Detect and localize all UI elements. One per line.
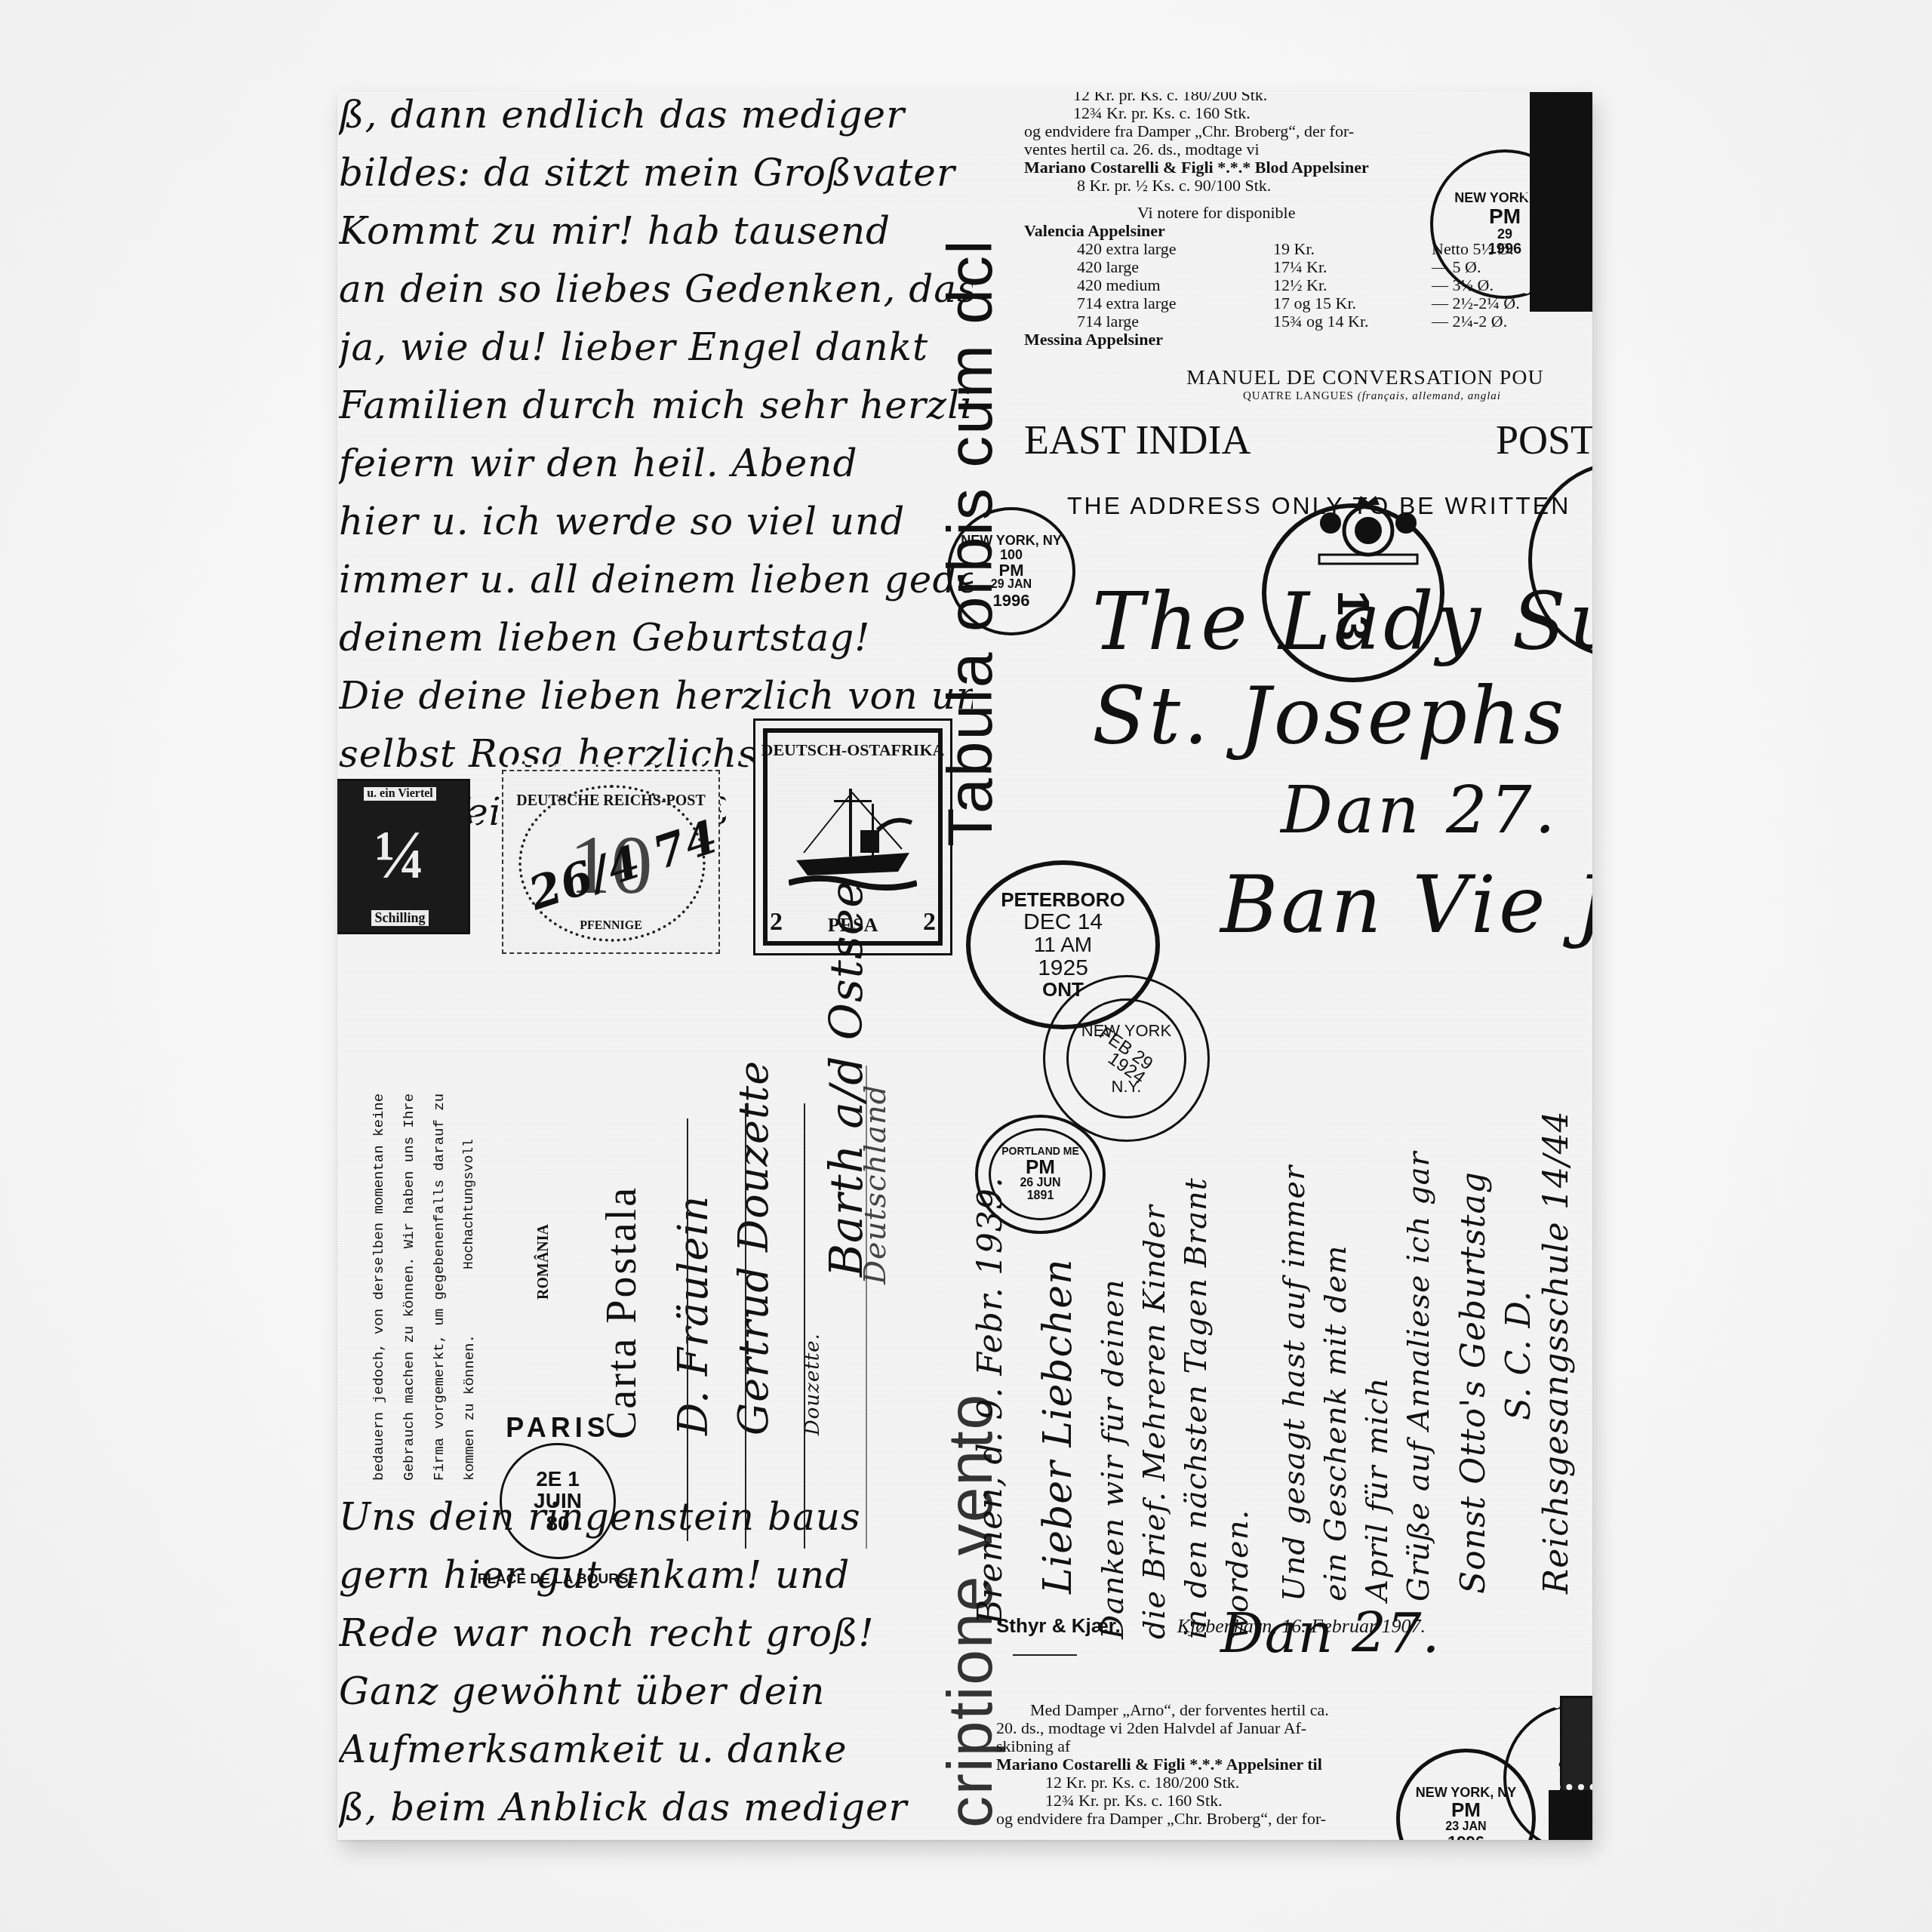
handwriting-line: Grüße auf Annaliese ich gar: [1401, 1151, 1436, 1601]
company-name: Sthyr & Kjær.: [996, 1617, 1121, 1635]
handwriting-line: gern hier gut ankam! und: [339, 1546, 973, 1604]
handwriting-line: Bremen, d. 9. Febr. 1939.: [971, 1177, 1010, 1624]
postcard-addressee-line: Gertrud Douzette: [730, 1060, 777, 1435]
postmark-portland-me-1891: PORTLAND ME PM 26 JUN 1891: [975, 1115, 1106, 1234]
handwriting-line: Rede war noch recht groß!: [339, 1604, 973, 1663]
typewritten-line: Gebrauch machen zu können. Wir haben uns…: [394, 1028, 424, 1481]
handwriting-line: Reichsgesangsschule 14/44: [1537, 1110, 1576, 1594]
handwriting-line: Dan 27.: [1092, 764, 1592, 858]
east-india-heading-left: EAST INDIA: [1024, 417, 1251, 463]
text-line: 12¾ Kr. pr. Ks. c. 160 Stk.: [1024, 104, 1590, 122]
handwriting-line: Ganz gewöhnt über dein: [339, 1663, 973, 1721]
handwriting-line: Die deine lieben herzlich von uns: [339, 667, 973, 725]
handwriting-line: Sonst Otto's Geburtstag: [1454, 1171, 1493, 1594]
postcard-addressee-line: Deutschland: [858, 1084, 893, 1284]
handwriting-line: deinem lieben Geburtstag!: [339, 609, 973, 667]
handwriting-line: Und gesagt hast auf immer: [1277, 1165, 1312, 1601]
handwriting-line: immer u. all deinem lieben gedenken: [339, 551, 973, 609]
text-line: skibning af: [996, 1737, 1585, 1755]
postmark-paris-1880: PARIS 2E 1 JUIN 80 PLACE DE LA BOURSE: [500, 1443, 616, 1559]
printed-fabric: ß, dann endlich das mediger bildes: da s…: [337, 92, 1592, 1840]
handwriting-line: hier u. ich werde so viel und: [339, 493, 973, 551]
stamp-hamburg: u. ein Viertel ¼ Schilling: [337, 779, 470, 934]
postmark-new-york-feb-1924: NEW YORK FEB 29 1924 N.Y.: [1043, 975, 1210, 1142]
text-line: og endvidere fra Damper „Chr. Broberg“, …: [1024, 122, 1590, 140]
postcard-addressee-line: D. Fräulein: [669, 1195, 717, 1435]
price-row: 714 large15¾ og 14 Kr.— 2¼-2 Ø.: [1077, 312, 1590, 331]
handwriting-line: Familien durch mich sehr herzlich!: [339, 377, 973, 435]
manuel-subtitle: QUATRE LANGUES (français, allemand, angl…: [1186, 390, 1544, 403]
typewritten-line: bedauern jedoch, von derselben momentan …: [364, 1028, 394, 1481]
text-line: 20. ds., modtage vi 2den Halvdel af Janu…: [996, 1719, 1585, 1737]
text-line: Med Damper „Arno“, der forventes hertil …: [996, 1701, 1585, 1719]
handwriting-line: St. Josephs Co: [1092, 669, 1592, 764]
postmark-new-york-jan-1996-top: NEW YORK, NY 100 PM 29 JAN 1996: [947, 507, 1075, 635]
handwriting-line: ja, wie du! lieber Engel dankt: [339, 318, 973, 377]
typewritten-line: Firma vorgemerkt, um gegebenenfalls dara…: [424, 1028, 454, 1481]
stamp-value-right: 2: [923, 908, 936, 937]
handwritten-letter-german-bottom: Uns dein ringenstein baus gern hier gut …: [339, 1488, 973, 1837]
royal-coat-of-arms-icon: [1312, 493, 1425, 568]
stamp-text: u. ein Viertel: [364, 787, 436, 801]
handwriting-line: Ban Vie J: [1092, 858, 1592, 952]
handwriting-line: ß, beim Anblick das mediger: [339, 1779, 973, 1837]
stamp-partial-top-right: [1530, 92, 1592, 312]
handwriting-line: ß, dann endlich das mediger: [339, 92, 973, 144]
handwriting-line: die Brief. Mehreren Kinder: [1137, 1204, 1172, 1639]
handwriting-line: Kommt zu mir! hab tausend: [339, 202, 973, 260]
dateline: Kjøbenhavn, 16. Februar 1907.: [1177, 1617, 1426, 1635]
handwriting-line: Uns dein ringenstein baus: [339, 1488, 973, 1546]
handwriting-line: S. C. D.: [1500, 1291, 1538, 1420]
handwriting-line: in den nächsten Tagen Brant: [1179, 1177, 1214, 1639]
handwriting-line: ein Geschenk mit dem: [1318, 1245, 1353, 1601]
handwriting-line: Danken wir für deinen: [1096, 1278, 1131, 1639]
stamp-value-left: 2: [770, 908, 783, 937]
typewritten-letter: bedauern jedoch, von derselben momentan …: [337, 1481, 345, 1488]
stamp-partial-bottom-right-lower: [1549, 1790, 1592, 1840]
handwriting-line: April für mich: [1360, 1377, 1395, 1601]
handwriting-line: feiern wir den heil. Abend: [339, 435, 973, 493]
stamp-text: Schilling: [371, 910, 428, 926]
postcard-title: Carta Postala: [598, 1186, 646, 1439]
postmark-royal-crest-cancel: 13: [1262, 503, 1444, 682]
stamp-partial-bottom-right: [1560, 1696, 1592, 1802]
letter-closing: Hochachtungsvoll: [462, 1139, 477, 1269]
section-heading: Messina Appelsiner: [1024, 331, 1590, 349]
stamp-text: DEUTSCH-OSTAFRIKA: [761, 740, 945, 760]
manuel-title: MANUEL DE CONVERSATION POU: [1186, 366, 1544, 390]
handwritten-letter-vertical-right: Bremen, d. 9. Febr. 1939. Lieber Liebche…: [337, 92, 345, 100]
manuel-de-conversation: MANUEL DE CONVERSATION POU QUATRE LANGUE…: [1186, 366, 1544, 403]
handwriting-line: Aufmerksamkeit u. danke: [339, 1721, 973, 1779]
ship-icon: [789, 777, 917, 891]
handwriting-line: an dein so liebes Gedenken, das: [339, 260, 973, 318]
text-line: 12 Kr. pr. Ks. c. 180/200 Stk.: [1024, 92, 1590, 104]
handwriting-line: bildes: da sitzt mein Großvater: [339, 144, 973, 202]
postcard-country: ROMÂNIA: [535, 1224, 552, 1300]
handwriting-line: Lieber Liebchen: [1035, 1259, 1081, 1594]
stamp-deutsche-reichspost: DEUTSCHE REICHS-POST 10 PFENNIGE 26/4 74: [502, 770, 720, 954]
east-india-heading-right: POST: [1496, 417, 1592, 463]
